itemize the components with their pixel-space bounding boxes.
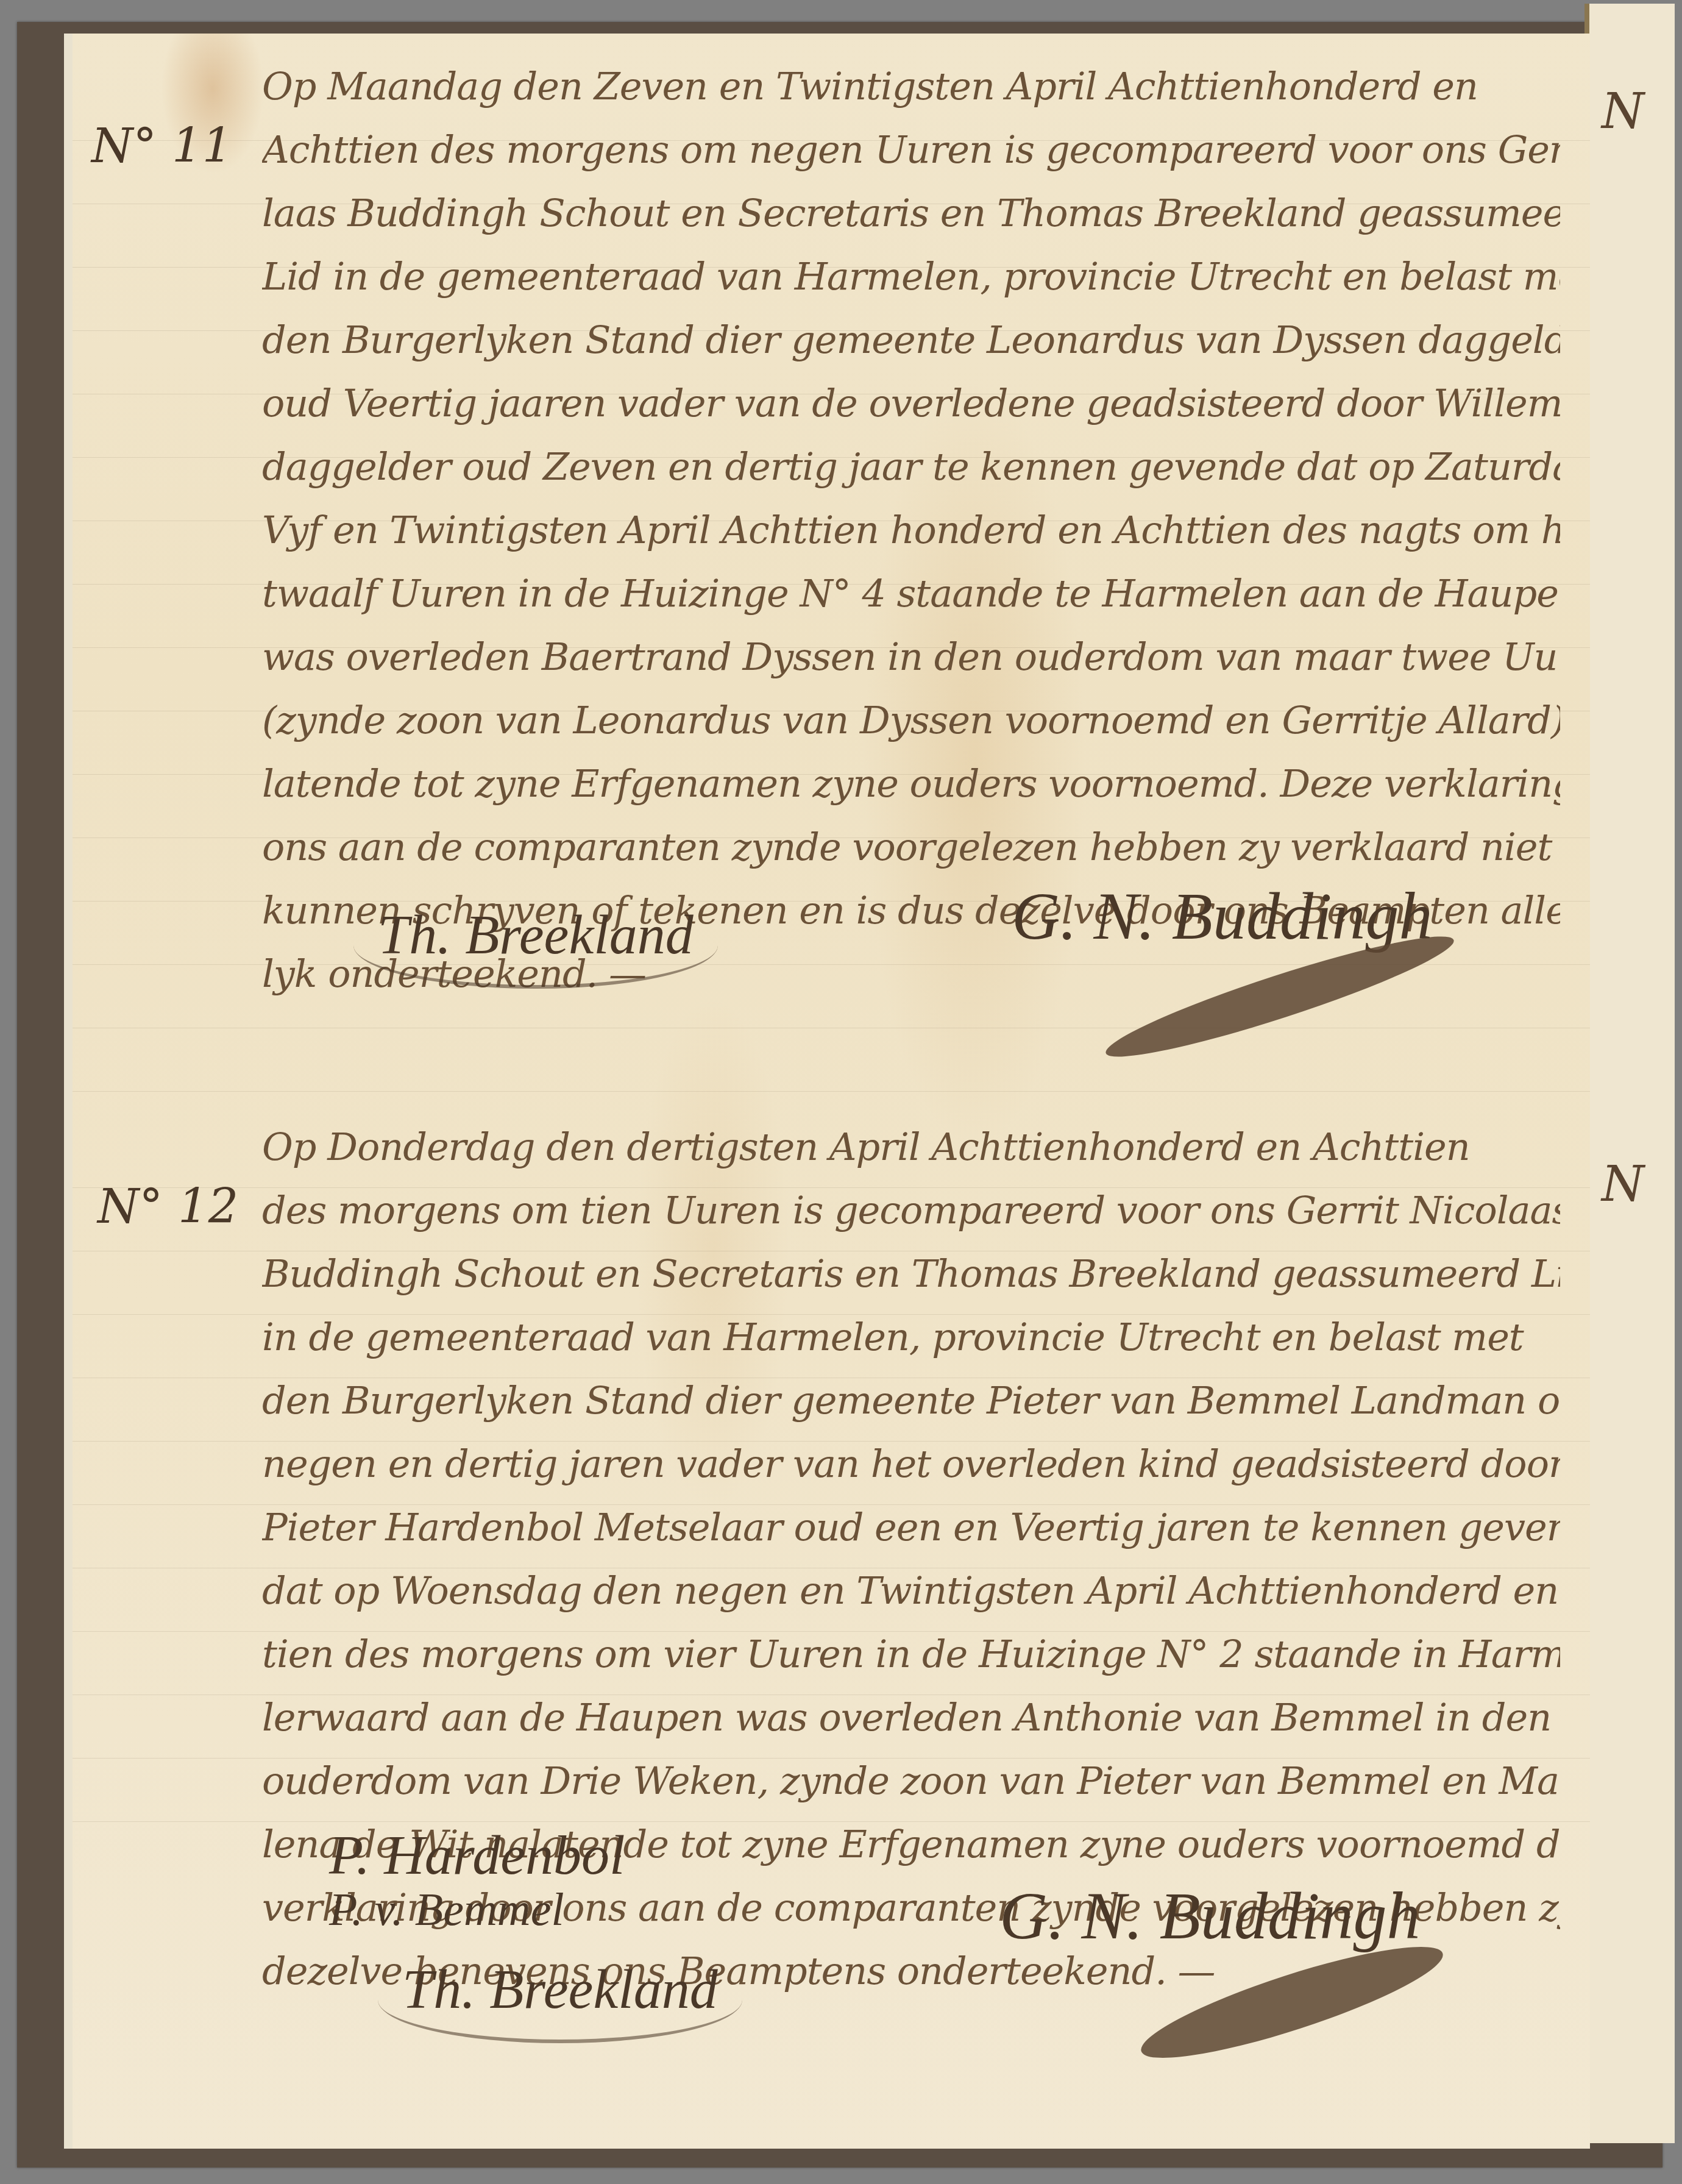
text-line: ouderdom van Drie Weken, zynde zoon van … bbox=[262, 1749, 1560, 1813]
text-line: Vyf en Twintigsten April Achttien honder… bbox=[262, 499, 1560, 562]
text-line: Achttien des morgens om negen Uuren is g… bbox=[262, 118, 1560, 182]
text-line: Buddingh Schout en Secretaris en Thomas … bbox=[262, 1242, 1560, 1306]
text-line: lerwaard aan de Haupen was overleden Ant… bbox=[262, 1686, 1560, 1749]
adjacent-page-edge: N N bbox=[1584, 4, 1675, 2143]
text-line: negen en dertig jaren vader van het over… bbox=[262, 1432, 1560, 1496]
signature-buddingh-12: G. N. Buddingh bbox=[999, 1877, 1421, 1955]
text-line: twaalf Uuren in de Huizinge N° 4 staande… bbox=[262, 562, 1560, 625]
text-line: Lid in de gemeenteraad van Harmelen, pro… bbox=[262, 245, 1560, 308]
entry-number-12: N° 12 bbox=[98, 1179, 238, 1234]
text-line: Op Maandag den Zeven en Twintigsten Apri… bbox=[262, 55, 1560, 118]
signature-van-bemmel: P. v. Bemmel bbox=[329, 1883, 564, 1937]
text-line: Op Donderdag den dertigsten April Achtti… bbox=[262, 1115, 1560, 1179]
text-line: was overleden Baertrand Dyssen in den ou… bbox=[262, 625, 1560, 689]
text-line: oud Veertig jaaren vader van de overlede… bbox=[262, 372, 1560, 435]
text-line: den Burgerlyken Stand dier gemeente Piet… bbox=[262, 1369, 1560, 1432]
text-line: daggelder oud Zeven en dertig jaar te ke… bbox=[262, 435, 1560, 499]
signature-buddingh-11: G. N. Buddingh bbox=[1012, 878, 1433, 955]
text-line: tien des morgens om vier Uuren in de Hui… bbox=[262, 1623, 1560, 1686]
text-line: latende tot zyne Erfgenamen zyne ouders … bbox=[262, 752, 1560, 816]
text-line: den Burgerlyken Stand dier gemeente Leon… bbox=[262, 308, 1560, 372]
text-line: in de gemeenteraad van Harmelen, provinc… bbox=[262, 1306, 1560, 1369]
signature-hardenbol: P. Hardenbol bbox=[329, 1823, 625, 1887]
text-line: (zynde zoon van Leonardus van Dyssen voo… bbox=[262, 689, 1560, 752]
signature-breekland-11: Th. Breekland bbox=[353, 902, 718, 989]
entry-marker-next-2: N bbox=[1602, 1156, 1644, 1212]
entry-marker-next-1: N bbox=[1602, 83, 1644, 140]
text-line: ons aan de comparanten zynde voorgelezen… bbox=[262, 816, 1560, 879]
signature-breekland-12: Th. Breekland bbox=[378, 1957, 742, 2043]
text-line: Pieter Hardenbol Metselaar oud een en Ve… bbox=[262, 1496, 1560, 1559]
text-line: dat op Woensdag den negen en Twintigsten… bbox=[262, 1559, 1560, 1623]
text-line: des morgens om tien Uuren is gecompareer… bbox=[262, 1179, 1560, 1242]
text-line: laas Buddingh Schout en Secretaris en Th… bbox=[262, 182, 1560, 245]
entry-number-11: N° 11 bbox=[91, 119, 232, 174]
entry-11-text: Op Maandag den Zeven en Twintigsten Apri… bbox=[262, 55, 1560, 1006]
